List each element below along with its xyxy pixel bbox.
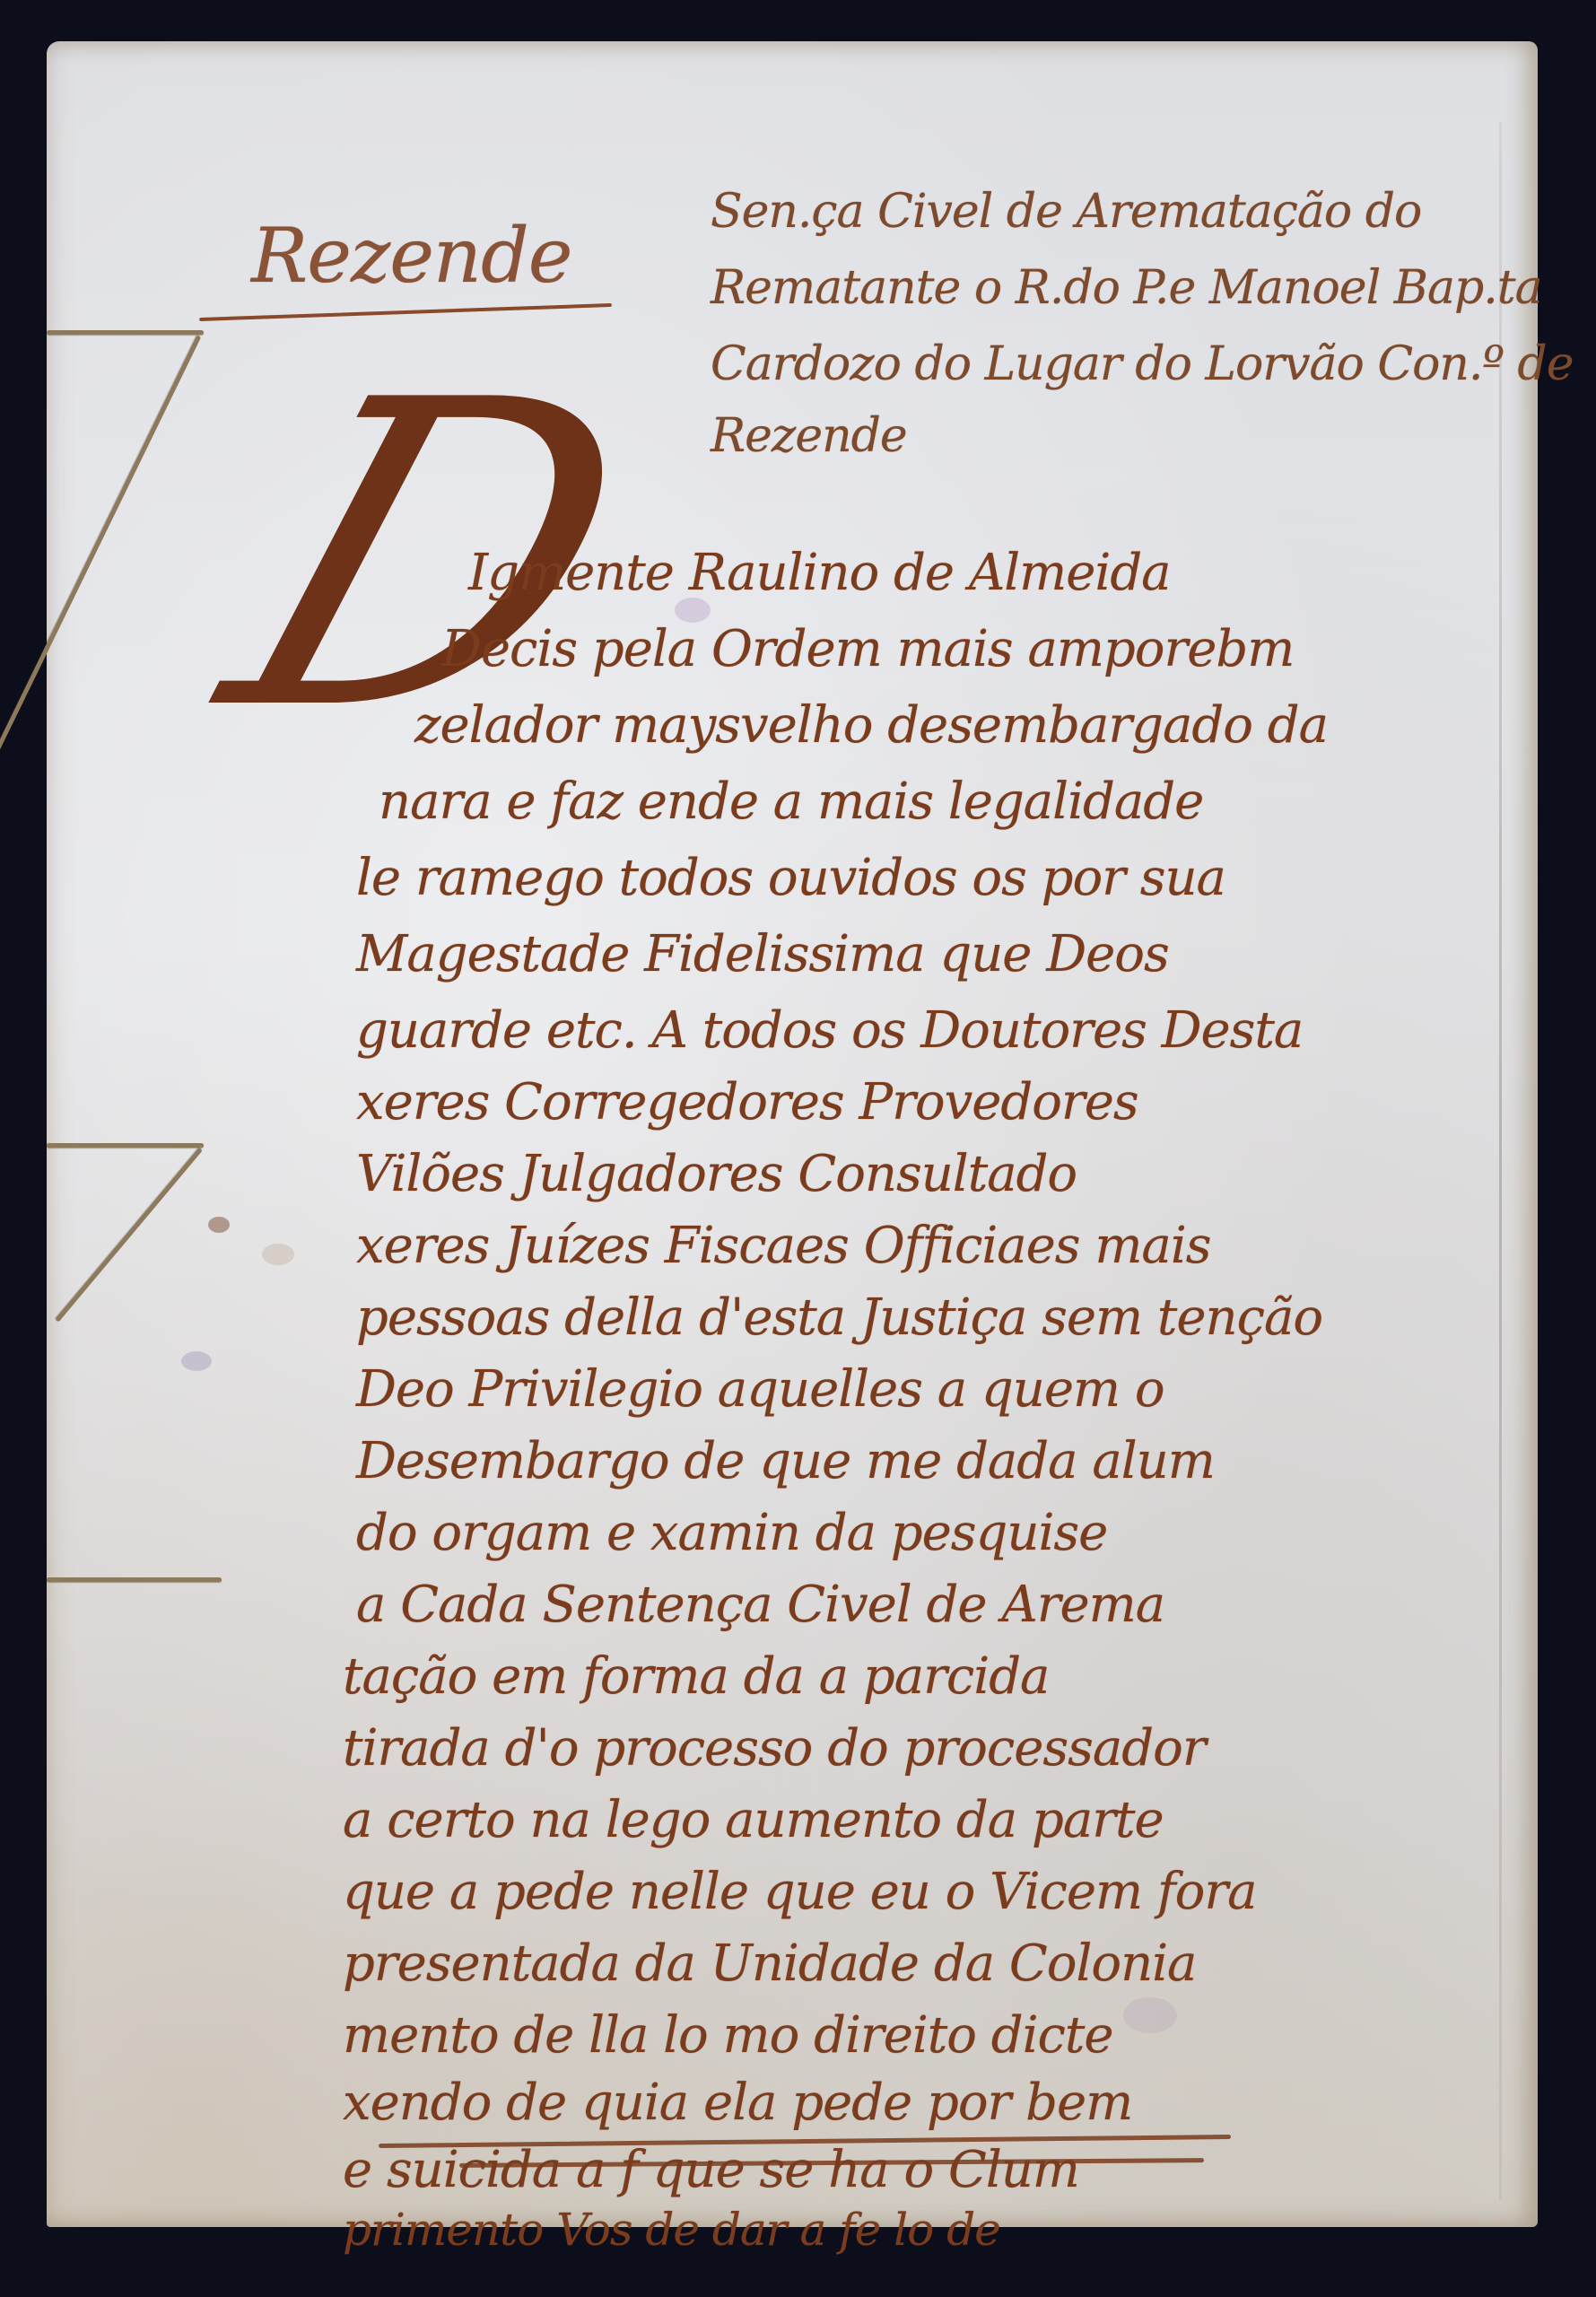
paper-stain (181, 1351, 212, 1371)
binding-thread-top-diagonal (0, 335, 201, 756)
body-line: zelador maysvelho desembargado da (414, 696, 1401, 755)
body-line: guarde etc. A todos os Doutores Desta (356, 1001, 1343, 1060)
manuscript-page: Rezende Sen.ça Civel de Arematação do Re… (47, 41, 1538, 2227)
binding-thread-middle-diagonal (55, 1148, 203, 1323)
body-line: do orgam e xamin da pesquise (356, 1504, 1343, 1562)
binding-thread-bottom (47, 1577, 222, 1582)
body-line: Desembargo de que me dada alum (356, 1432, 1343, 1490)
body-line: xeres Juízes Fiscaes Officiaes mais (356, 1217, 1343, 1275)
body-line: tação em forma da a parcida (343, 1647, 1330, 1706)
body-line: a Cada Sentença Civel de Arema (356, 1576, 1343, 1634)
body-line: mento de lla lo mo direito dicte (343, 2006, 1330, 2065)
header-line-3: Cardozo do Lugar do Lorvão Con.º de (711, 337, 1573, 391)
body-line: Magestade Fidelissima que Deos (356, 925, 1343, 983)
binding-thread-middle (47, 1143, 204, 1148)
paper-stain (208, 1217, 230, 1233)
body-line: que a pede nelle que eu o Vicem fora (343, 1863, 1330, 1921)
body-line: a certo na lego aumento da parte (343, 1791, 1330, 1849)
margin-note: Rezende (251, 212, 572, 300)
body-line: e suicida a f que se ha o Clum (343, 2141, 1330, 2199)
header-line-1: Sen.ça Civel de Arematação do (711, 185, 1421, 239)
header-line-4: Rezende (711, 409, 907, 463)
body-line: nara e faz ende a mais legalidade (379, 773, 1365, 831)
body-line: pessoas della d'esta Justiça sem tenção (356, 1288, 1343, 1347)
body-line: le ramego todos ouvidos os por sua (356, 849, 1343, 907)
body-line: Vilões Julgadores Consultado (356, 1145, 1343, 1203)
header-line-2: Rematante o R.do P.e Manoel Bap.ta (711, 261, 1542, 315)
body-line: Decis pela Ordem mais amporebm (441, 620, 1428, 678)
body-line: xendo de quia ela pede por bem (343, 2074, 1330, 2132)
binding-thread-top (47, 330, 204, 335)
body-line: Igmente Raulino de Almeida (468, 544, 1455, 602)
body-line: tirada d'o processo do processador (343, 1719, 1330, 1777)
body-line: Deo Privilegio aquelles a quem o (356, 1360, 1343, 1419)
body-line: xeres Corregedores Provedores (356, 1073, 1343, 1131)
body-line: presentada da Unidade da Colonia (343, 1935, 1330, 1993)
paper-stain (262, 1244, 294, 1265)
